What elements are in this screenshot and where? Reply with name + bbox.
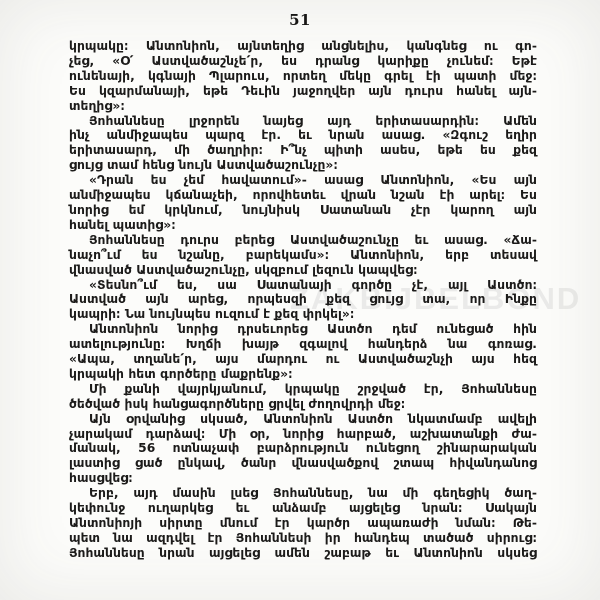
- text-line: հանել պատից»։: [69, 218, 537, 233]
- paragraph: Անտոնիոն նորից դրսեւորեց Աստծո դեմ ունեց…: [69, 322, 537, 382]
- text-line: ունենայի, կգնայի Պլարուս, որտեղ մեկը գրե…: [69, 69, 537, 84]
- text-line: Անտոնիոն նորից դրսեւորեց Աստծո դեմ ունեց…: [69, 322, 537, 337]
- text-line: Մի քանի վայրկյանում, կրպակը շրջված էր, Յ…: [69, 382, 537, 397]
- text-line: «Ապա, տղանե՛ր, այս մարդու ու Աստվածաշնչի…: [69, 352, 537, 367]
- text-line: Երբ, այդ մասին լսեց Յոհաննեսը, նա մի գեղ…: [69, 486, 537, 501]
- text-line: կապրի։ Նա նույնպես ուզում է քեզ փրկել»։: [69, 307, 537, 322]
- paragraph: «Դրան ես չեմ հավատում»- ասաց Անտոնիոն, «…: [69, 173, 537, 233]
- text-line: ցույց տամ հենց նույն Աստվածաշունչը»։: [69, 158, 537, 173]
- text-line: Անտոնիոյի սիրտը մնում էր կարծր ապառաժի ն…: [69, 516, 537, 531]
- text-line: Յոհաննեսը լրջորեն նայեց այդ երիտասարդին։…: [69, 114, 537, 129]
- paragraph: Յոհաննեսը լրջորեն նայեց այդ երիտասարդին։…: [69, 114, 537, 174]
- paragraph: Երբ, այդ մասին լսեց Յոհաննեսը, նա մի գեղ…: [69, 486, 537, 561]
- text-line: Ես կզարմանայի, եթե Դեւին յաջողվեր այն դո…: [69, 84, 537, 99]
- text-line: նաչո՞ւմ ես նշանը, բարեկամս»։ Անտոնիոն, ե…: [69, 248, 537, 263]
- text-line: ինչ անմիջապես պարզ էր. եւ նրան ասաց. «Զգ…: [69, 128, 537, 143]
- text-line: վնասված Աստվածաշունչը, սկզբում լեզուն կա…: [69, 263, 537, 278]
- text-line: Այն օրվանից սկսած, Անտոնիոն Աստծո նկատմա…: [69, 412, 537, 427]
- text-line: Աստված այն արեց, որպեսզի քեզ ցույց տա, ո…: [69, 292, 537, 307]
- text-line: չեց, «Օ՛ Աստվածաշնչե՛ր, ես դրանց կարիքը …: [69, 54, 537, 69]
- text-line: կեփունջ ուղարկեց եւ անձամբ այցելեց նրան։…: [69, 501, 537, 516]
- text-line: երիտասարդ, մի ծաղրիր։ Ի՞նչ պիտի ասես, եթ…: [69, 143, 537, 158]
- text-line: տեղից»։: [69, 99, 537, 114]
- text-line: անմիջապես կճանաչեի, որովհետեւ վրան նշան …: [69, 188, 537, 203]
- text-line: «Դրան ես չեմ հավատում»- ասաց Անտոնիոն, «…: [69, 173, 537, 188]
- text-line: չարակամ դարձավ։ Մի օր, նորից հարբած, աշխ…: [69, 427, 537, 442]
- text-line: ծեծված իսկ հանցագործները ցրվել ժողովրդի …: [69, 397, 537, 412]
- paragraph: «Տեսնո՞ւմ ես, սա Սատանայի գործը չէ, այլ …: [69, 278, 537, 323]
- text-line: «Տեսնո՞ւմ ես, սա Սատանայի գործը չէ, այլ …: [69, 278, 537, 293]
- text-line: հասցվեց։: [69, 471, 537, 486]
- paragraph: կրպակը։ Անտոնիոն, այնտեղից անցնելիս, կան…: [69, 39, 537, 114]
- page-number: 51: [0, 11, 600, 29]
- text-line: լաստից ցած ընկավ, ծանր վնասվածքով շտապ հ…: [69, 456, 537, 471]
- text-line: կրպակի հետ գործերը մաքրենք»։: [69, 367, 537, 382]
- text-column: կրպակը։ Անտոնիոն, այնտեղից անցնելիս, կան…: [69, 39, 537, 561]
- paragraph: Մի քանի վայրկյանում, կրպակը շրջված էր, Յ…: [69, 382, 537, 412]
- paragraph: Այն օրվանից սկսած, Անտոնիոն Աստծո նկատմա…: [69, 412, 537, 487]
- text-line: ատելությունը։ Խղճի խայթ զգալով հանդերձ ն…: [69, 337, 537, 352]
- book-page: 51 ZAKBIJBELBOND կրպակը։ Անտոնիոն, այնտե…: [0, 0, 600, 600]
- text-line: Յոհաննեսը նրան այցելեց ամեն շաբաթ եւ Անտ…: [69, 546, 537, 561]
- text-line: պետ նա ազդվել էր Յոհաննեսի իր հանդեպ տած…: [69, 531, 537, 546]
- text-line: մանակ, 56 ոտնաչափ բարձրություն ունեցող շ…: [69, 441, 537, 456]
- text-line: նորից եմ կրկնում, նույնիսկ Սատանան չէր կ…: [69, 203, 537, 218]
- text-line: Յոհաննեսը դուրս բերեց Աստվածաշունչը եւ ա…: [69, 233, 537, 248]
- text-line: կրպակը։ Անտոնիոն, այնտեղից անցնելիս, կան…: [69, 39, 537, 54]
- paragraph: Յոհաննեսը դուրս բերեց Աստվածաշունչը եւ ա…: [69, 233, 537, 278]
